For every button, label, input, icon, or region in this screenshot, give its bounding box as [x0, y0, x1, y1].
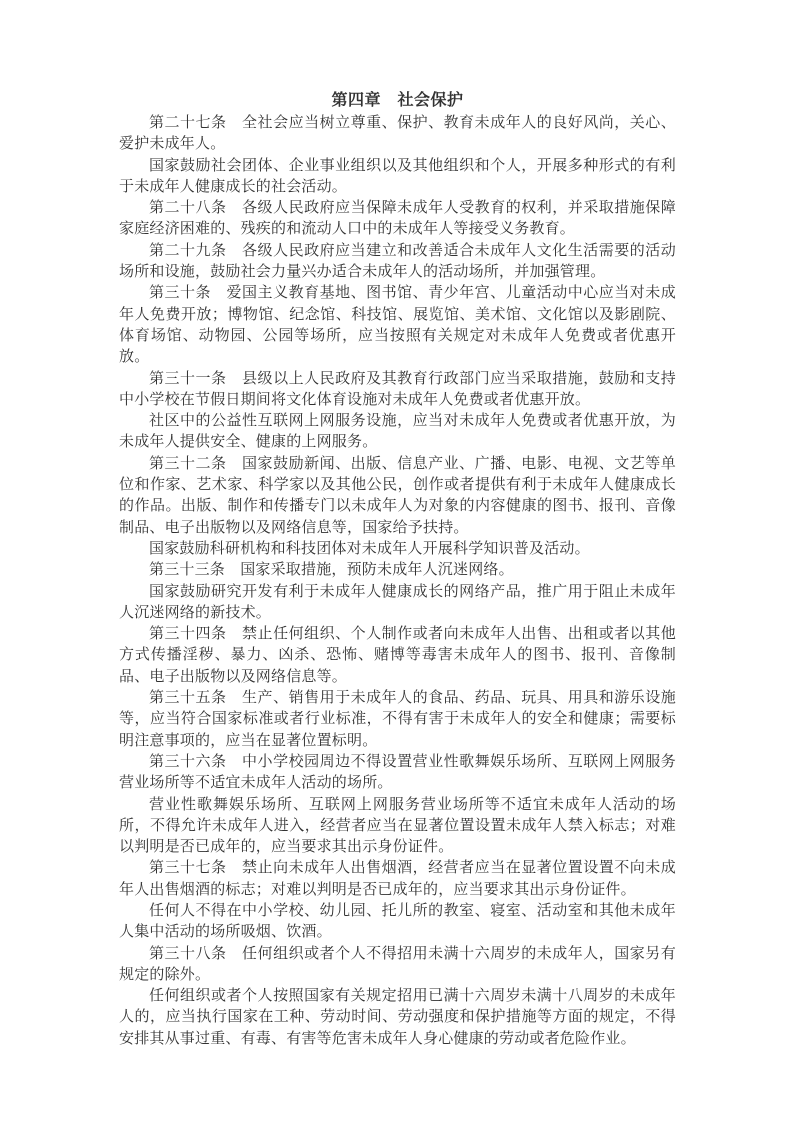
paragraph: 社区中的公益性互联网上网服务设施，应当对未成年人免费或者优惠开放，为未成年人提供…: [119, 411, 676, 454]
paragraph: 第二十七条 全社会应当树立尊重、保护、教育未成年人的良好风尚，关心、爱护未成年人…: [119, 113, 676, 156]
paragraph: 任何组织或者个人按照国家有关规定招用已满十六周岁未满十八周岁的未成年人的，应当执…: [119, 986, 676, 1050]
document-body: 第二十七条 全社会应当树立尊重、保护、教育未成年人的良好风尚，关心、爱护未成年人…: [119, 113, 676, 1050]
paragraph: 任何人不得在中小学校、幼儿园、托儿所的教室、寝室、活动室和其他未成年人集中活动的…: [119, 901, 676, 944]
paragraph: 第二十八条 各级人民政府应当保障未成年人受教育的权利，并采取措施保障家庭经济困难…: [119, 198, 676, 241]
paragraph: 第三十六条 中小学校园周边不得设置营业性歌舞娱乐场所、互联网上网服务营业场所等不…: [119, 752, 676, 795]
paragraph: 第三十七条 禁止向未成年人出售烟酒，经营者应当在显著位置设置不向未成年人出售烟酒…: [119, 858, 676, 901]
paragraph: 第三十一条 县级以上人民政府及其教育行政部门应当采取措施，鼓励和支持中小学校在节…: [119, 369, 676, 412]
paragraph: 第三十八条 任何组织或者个人不得招用未满十六周岁的未成年人，国家另有规定的除外。: [119, 944, 676, 987]
paragraph: 第三十四条 禁止任何组织、个人制作或者向未成年人出售、出租或者以其他方式传播淫秽…: [119, 624, 676, 688]
paragraph: 国家鼓励社会团体、企业事业组织以及其他组织和个人，开展多种形式的有利于未成年人健…: [119, 156, 676, 199]
paragraph: 第三十二条 国家鼓励新闻、出版、信息产业、广播、电影、电视、文艺等单位和作家、艺…: [119, 454, 676, 539]
paragraph: 第三十条 爱国主义教育基地、图书馆、青少年宫、儿童活动中心应当对未成年人免费开放…: [119, 283, 676, 368]
paragraph: 第三十三条 国家采取措施，预防未成年人沉迷网络。: [119, 560, 676, 581]
paragraph: 第二十九条 各级人民政府应当建立和改善适合未成年人文化生活需要的活动场所和设施，…: [119, 241, 676, 284]
chapter-title: 第四章 社会保护: [119, 90, 676, 111]
paragraph: 营业性歌舞娱乐场所、互联网上网服务营业场所等不适宜未成年人活动的场所，不得允许未…: [119, 795, 676, 859]
document-page: 第四章 社会保护 第二十七条 全社会应当树立尊重、保护、教育未成年人的良好风尚，…: [0, 0, 793, 1122]
paragraph: 国家鼓励科研机构和科技团体对未成年人开展科学知识普及活动。: [119, 539, 676, 560]
paragraph: 国家鼓励研究开发有利于未成年人健康成长的网络产品，推广用于阻止未成年人沉迷网络的…: [119, 582, 676, 625]
paragraph: 第三十五条 生产、销售用于未成年人的食品、药品、玩具、用具和游乐设施等，应当符合…: [119, 688, 676, 752]
